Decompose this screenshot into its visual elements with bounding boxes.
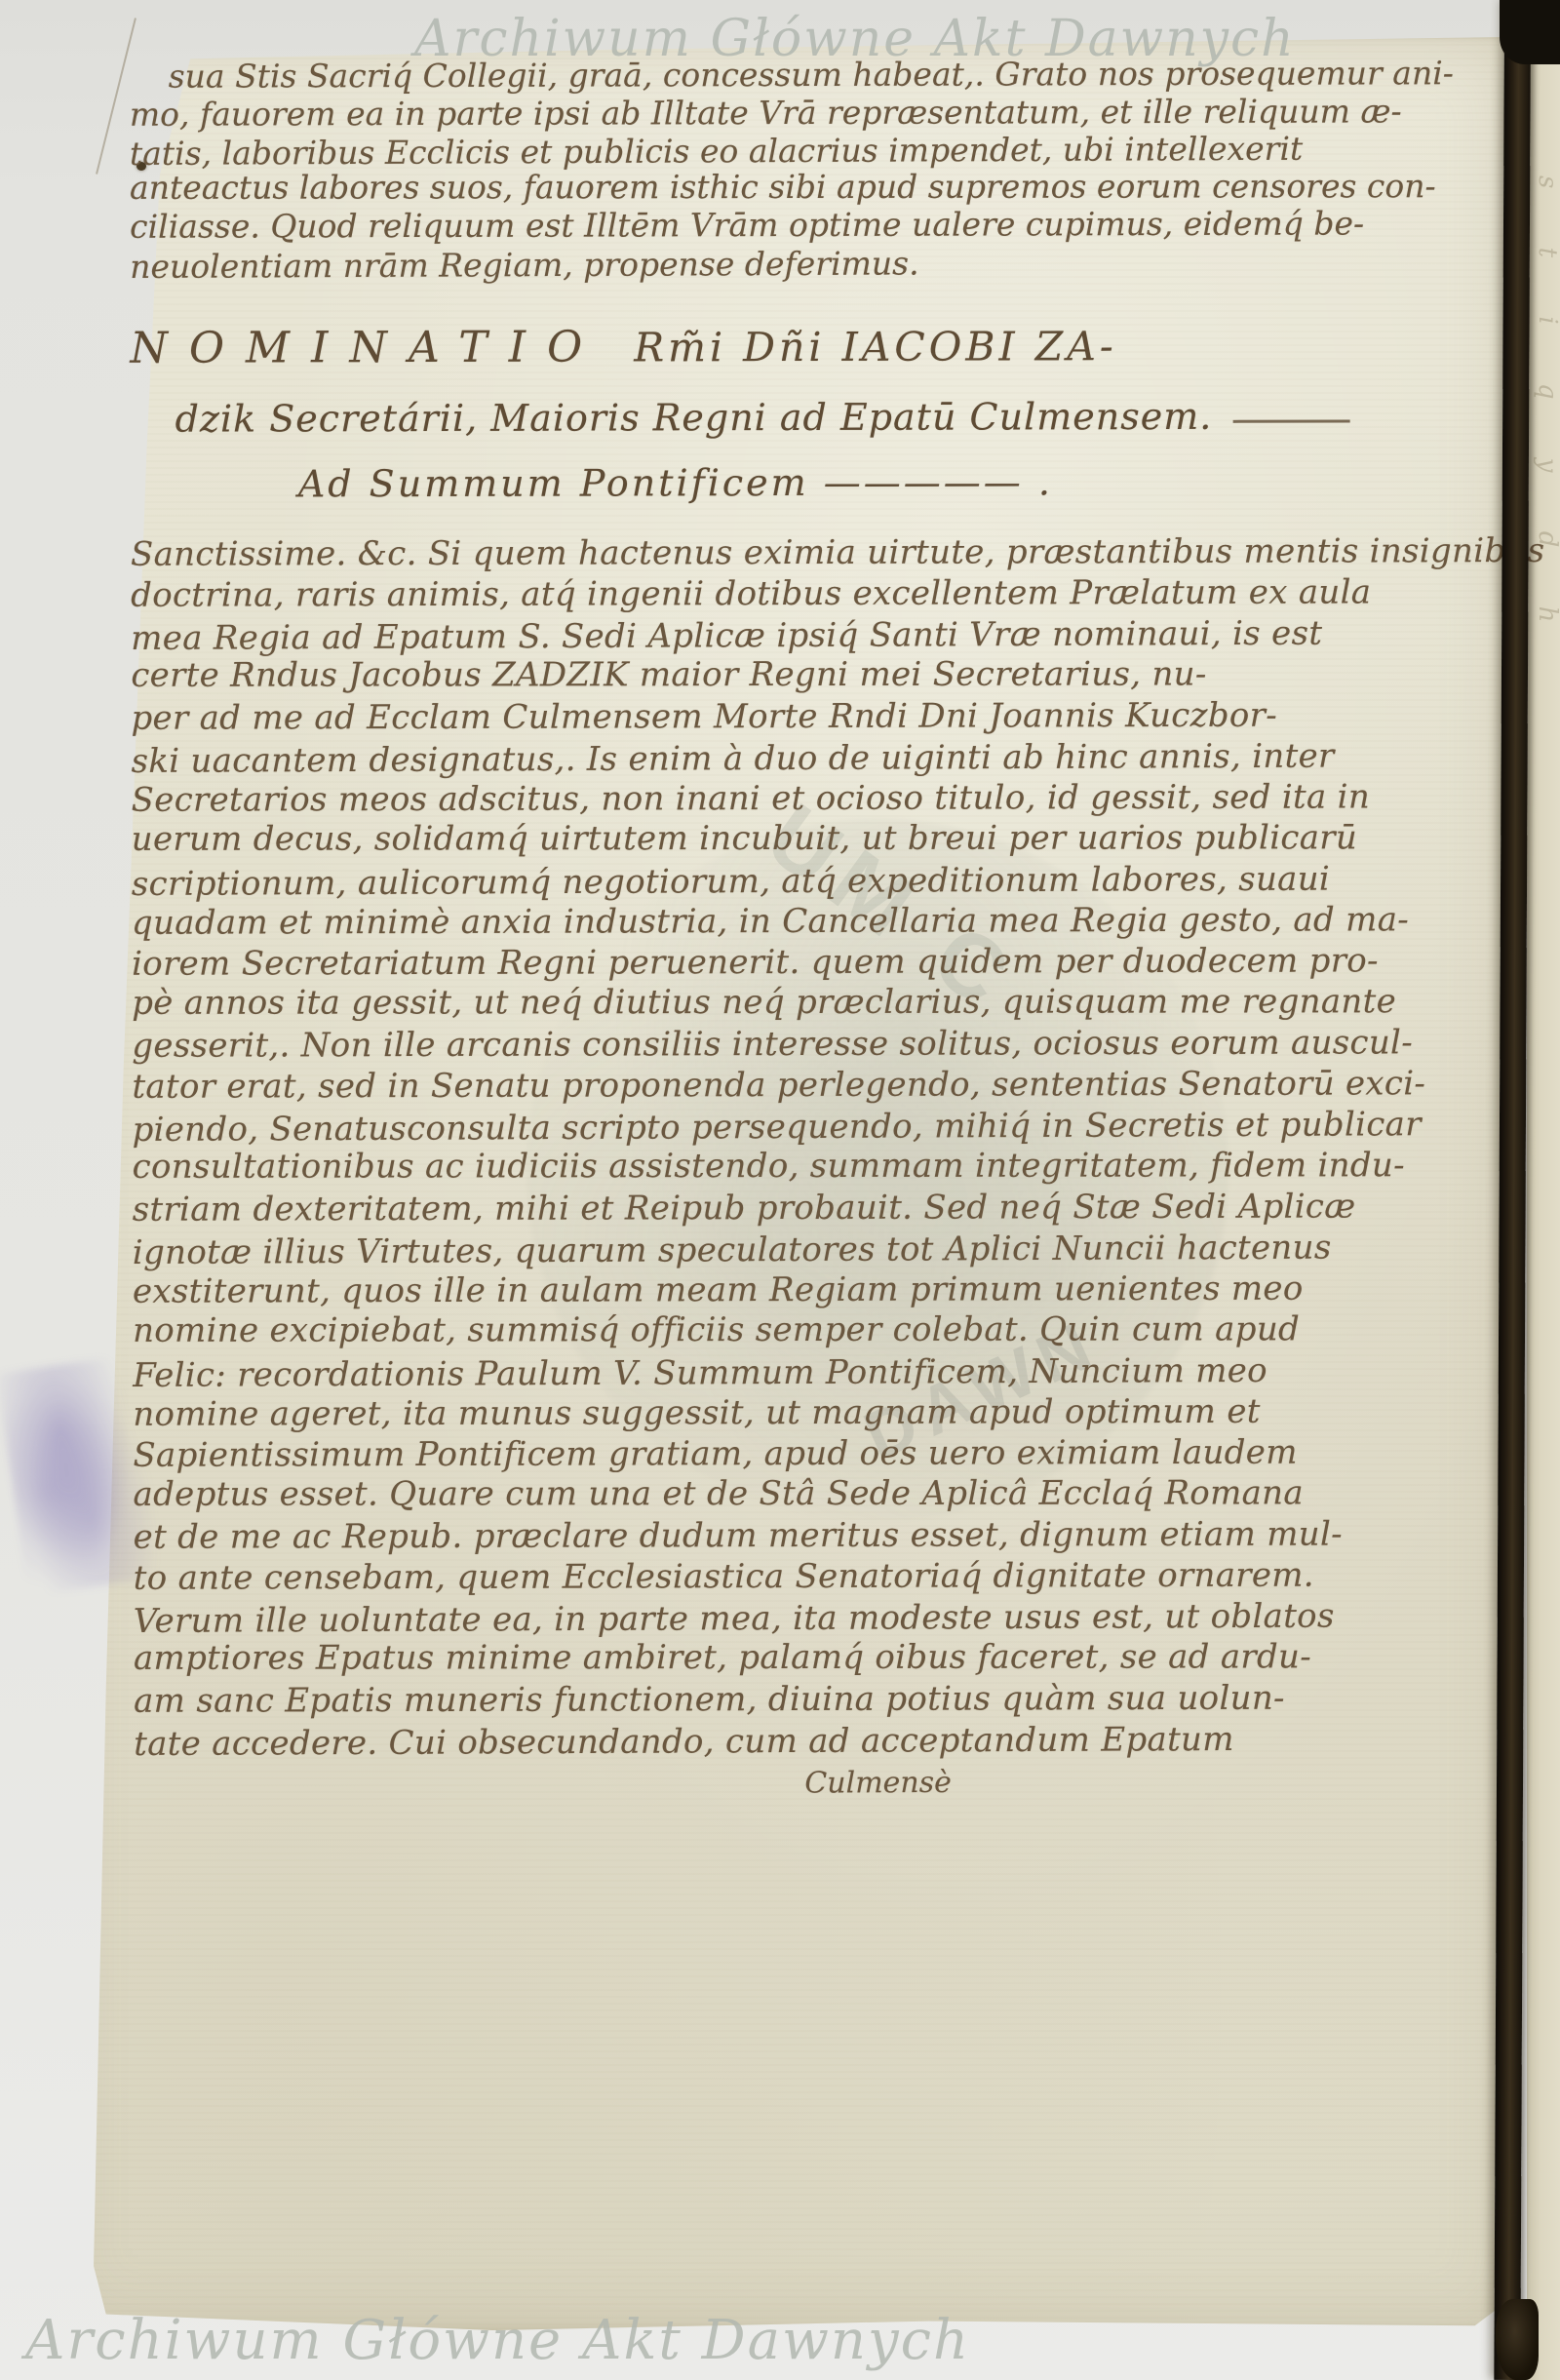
archive-watermark-bottom: Archiwum Główne Akt Dawnych (25, 2309, 970, 2372)
manuscript-line: mo, fauorem ea in parte ipsi ab Illtate … (130, 93, 1456, 134)
heading-title-caps: NOMINATIO (130, 323, 604, 373)
document-subheading: Ad Summum Pontificem ————— . (298, 456, 1457, 508)
manuscript-line: Secretarios meos adscitus, non inani et … (132, 776, 1458, 821)
manuscript-line: et de me ac Repub. præclare dudum meritu… (134, 1513, 1460, 1558)
manuscript-line: tator erat, sed in Senatu proponenda per… (132, 1063, 1458, 1108)
manuscript-text: sua Stis Sacriq́ Collegii, graā, concess… (130, 55, 1461, 1801)
manuscript-line: nomine excipiebat, summisq́ officiis sem… (133, 1308, 1459, 1351)
manuscript-line: doctrina, raris animis, atq́ ingenii dot… (131, 571, 1457, 616)
manuscript-line: to ante censebam, quem Ecclesiastica Sen… (134, 1554, 1460, 1599)
manuscript-line: anteactus labores suos, fauorem isthic s… (130, 168, 1456, 207)
closing-paragraph: sua Stis Sacriq́ Collegii, graā, concess… (130, 55, 1457, 284)
document-heading-line2: dzik Secretárii, Maioris Regni ad Epatū … (175, 390, 1457, 444)
manuscript-line: scriptionum, aulicorumq́ negotiorum, atq… (132, 858, 1458, 905)
binding-corner-top (1500, 0, 1560, 64)
manuscript-line: pè annos ita gessit, ut neq́ diutius neq… (132, 981, 1458, 1024)
manuscript-line: consultationibus ac iudiciis assistendo,… (133, 1145, 1459, 1188)
manuscript-line: ski uacantem designatus,. Is enim à duo … (131, 735, 1457, 782)
manuscript-line: certe Rndus Jacobus ZADZIK maior Regni m… (131, 653, 1457, 696)
manuscript-line: Verum ille uoluntate ea, in parte mea, i… (134, 1595, 1460, 1642)
manuscript-line: iorem Secretariatum Regni peruenerit. qu… (132, 940, 1458, 985)
facing-page-ghost-text: s t i q y d h (1533, 176, 1560, 647)
heading-title-rest: Rm̃i Dñi IACOBI ZA- (634, 323, 1117, 371)
manuscript-line: piendo, Senatusconsulta scripto perseque… (132, 1104, 1458, 1151)
manuscript-line: am sanc Epatis muneris functionem, diuin… (134, 1677, 1460, 1722)
catchword: Culmensè (804, 1764, 1460, 1801)
manuscript-line: Sanctissime. &c. Si quem hactenus eximia… (131, 530, 1457, 575)
facing-page-edge: s t i q y d h (1527, 0, 1560, 2380)
archive-watermark-top: Archiwum Główne Akt Dawnych (414, 10, 1296, 68)
binding-knot-bottom (1496, 2299, 1539, 2380)
manuscript-line: Felic: recordationis Paulum V. Summum Po… (133, 1349, 1459, 1396)
body-paragraph: Sanctissime. &c. Si quem hactenus eximia… (131, 530, 1460, 1763)
manuscript-line: ignotæ illius Virtutes, quarum speculato… (133, 1227, 1459, 1273)
manuscript-line: adeptus esset. Quare cum una et de Stâ S… (133, 1472, 1459, 1515)
heading-flourish-line (1232, 420, 1349, 423)
manuscript-line: uerum decus, solidamq́ uirtutem incubuit… (132, 817, 1458, 860)
manuscript-line: Sapientissimum Pontificem gratiam, apud … (133, 1431, 1459, 1476)
scanned-manuscript-screen: s t i q y d h UM C DAWN sua Stis Sacriq́… (0, 0, 1560, 2380)
heading-line2-text: dzik Secretárii, Maioris Regni ad Epatū … (175, 395, 1213, 441)
manuscript-line: quadam et minimè anxia industria, in Can… (132, 899, 1458, 944)
manuscript-line: gesserit,. Non ille arcanis consiliis in… (132, 1022, 1458, 1067)
manuscript-line: amptiores Epatus minime ambiret, palamq́… (134, 1636, 1460, 1679)
manuscript-line: ciliasse. Quod reliquum est Illtēm Vrām … (130, 205, 1456, 246)
manuscript-line: exstiterunt, quos ille in aulam meam Reg… (133, 1268, 1459, 1312)
manuscript-line: striam dexteritatem, mihi et Reipub prob… (133, 1186, 1459, 1230)
manuscript-line: per ad me ad Ecclam Culmensem Morte Rndi… (131, 694, 1457, 739)
manuscript-line: tate accedere. Cui obsecundando, cum ad … (134, 1718, 1460, 1765)
manuscript-line: nomine ageret, ita munus suggessit, ut m… (133, 1390, 1459, 1435)
manuscript-line: mea Regia ad Epatum S. Sedi Aplicæ ipsiq… (131, 612, 1457, 659)
document-heading-line1: NOMINATIO Rm̃i Dñi IACOBI ZA- (130, 313, 1456, 390)
manuscript-line: neuolentiam nrām Regiam, propense deferi… (130, 243, 1456, 286)
